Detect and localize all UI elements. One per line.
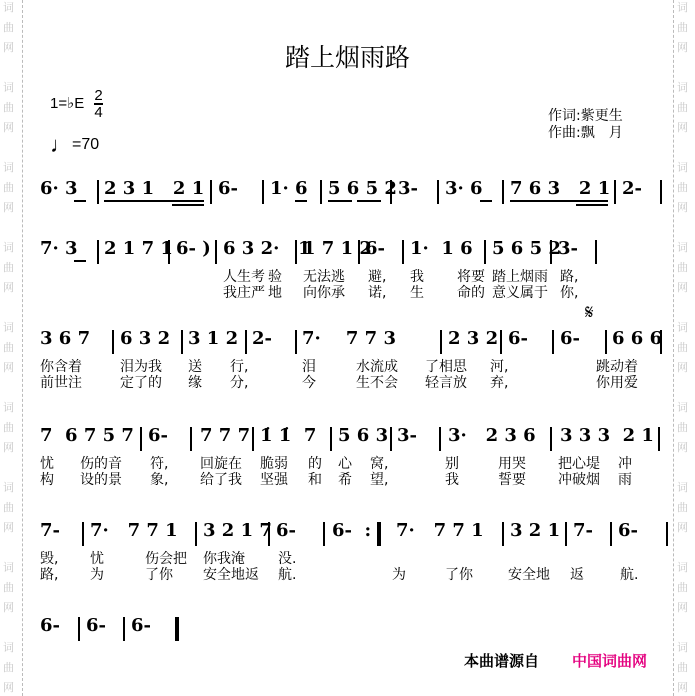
watermark-column-left: 词曲网词曲网词曲网词曲网词曲网词曲网词曲网词曲网词曲网: [0, 0, 23, 696]
watermark-char: 词: [677, 562, 688, 573]
watermark-char: 词: [3, 482, 14, 493]
watermark-char: 曲: [677, 262, 688, 273]
watermark-char: 网: [677, 202, 688, 213]
watermark-char: 曲: [3, 182, 14, 193]
watermark-char: 词: [3, 82, 14, 93]
watermark-char: 词: [677, 82, 688, 93]
watermark-char: 网: [3, 122, 14, 133]
watermark-char: 词: [677, 242, 688, 253]
song-title: 踏上烟雨路: [0, 38, 695, 74]
watermark-char: 网: [677, 522, 688, 533]
watermark-char: 词: [3, 2, 14, 13]
watermark-char: 曲: [677, 342, 688, 353]
watermark-char: 词: [3, 242, 14, 253]
watermark-char: 曲: [3, 582, 14, 593]
watermark-char: 网: [3, 602, 14, 613]
watermark-char: 曲: [677, 182, 688, 193]
watermark-char: 网: [677, 362, 688, 373]
watermark-char: 曲: [677, 662, 688, 673]
lyricist: 作词:紫更生: [548, 108, 623, 125]
watermark-char: 词: [677, 482, 688, 493]
watermark-char: 词: [3, 322, 14, 333]
quarter-note-icon: ♩: [50, 132, 72, 157]
watermark-char: 词: [3, 402, 14, 413]
watermark-char: 曲: [677, 22, 688, 33]
tempo-marking: ♩=70: [50, 132, 99, 158]
watermark-char: 词: [3, 642, 14, 653]
watermark-char: 网: [677, 442, 688, 453]
watermark-char: 网: [3, 202, 14, 213]
watermark-char: 网: [677, 122, 688, 133]
tempo-value: =70: [72, 136, 99, 153]
watermark-char: 词: [677, 2, 688, 13]
watermark-char: 词: [3, 562, 14, 573]
segno-icon: 𝄋: [585, 300, 594, 324]
watermark-char: 词: [677, 402, 688, 413]
key-note: E: [74, 95, 84, 112]
watermark-char: 曲: [3, 502, 14, 513]
watermark-char: 网: [3, 442, 14, 453]
footer-source-label: 本曲谱源自: [464, 650, 539, 671]
watermark-char: 曲: [677, 422, 688, 433]
watermark-char: 网: [3, 362, 14, 373]
watermark-char: 网: [3, 522, 14, 533]
watermark-char: 网: [677, 602, 688, 613]
watermark-char: 词: [677, 162, 688, 173]
watermark-char: 曲: [3, 22, 14, 33]
watermark-char: 曲: [3, 422, 14, 433]
footer-site-link[interactable]: 中国词曲网: [572, 650, 647, 671]
watermark-char: 曲: [677, 102, 688, 113]
key-signature: 1=♭E 2 4: [50, 88, 103, 120]
credits: 作词:紫更生 作曲:飘 月: [548, 108, 623, 142]
watermark-char: 网: [677, 682, 688, 693]
watermark-char: 曲: [677, 582, 688, 593]
key-label: 1=: [50, 95, 67, 112]
watermark-char: 词: [677, 322, 688, 333]
time-signature: 2 4: [94, 88, 102, 120]
composer: 作曲:飘 月: [548, 125, 623, 142]
watermark-char: 网: [3, 682, 14, 693]
watermark-char: 曲: [677, 502, 688, 513]
watermark-column-right: 词曲网词曲网词曲网词曲网词曲网词曲网词曲网词曲网词曲网: [673, 0, 695, 696]
watermark-char: 网: [677, 282, 688, 293]
watermark-char: 曲: [3, 662, 14, 673]
watermark-char: 曲: [3, 262, 14, 273]
watermark-char: 网: [3, 282, 14, 293]
watermark-char: 词: [3, 162, 14, 173]
watermark-char: 曲: [3, 342, 14, 353]
watermark-char: 曲: [3, 102, 14, 113]
watermark-char: 词: [677, 642, 688, 653]
